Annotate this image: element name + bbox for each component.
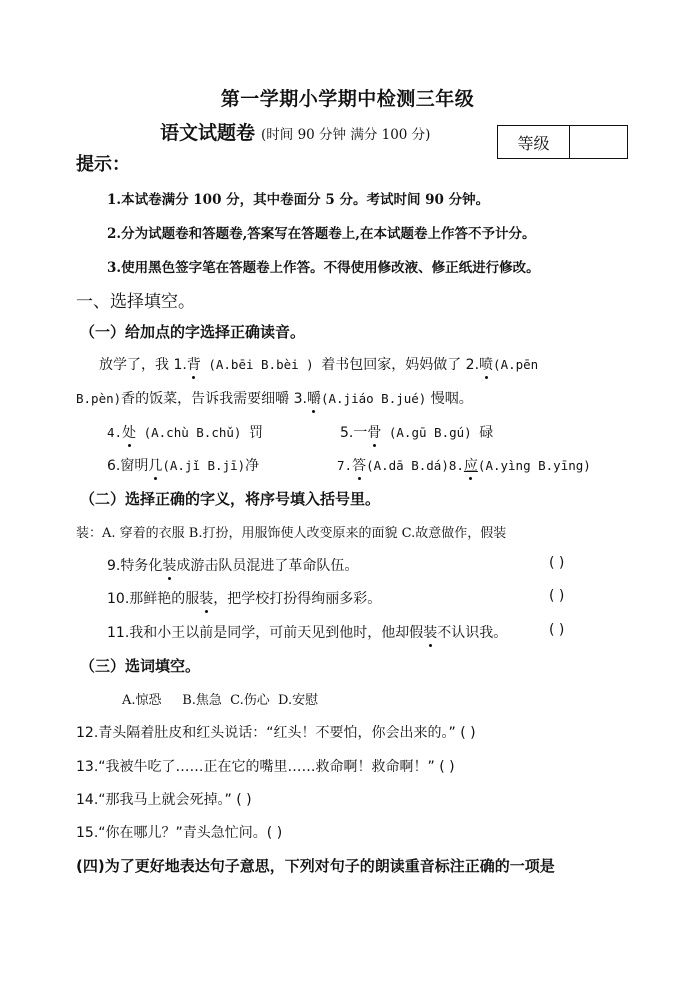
pinyin-line-1: 放学了，我 1.背 (A.bēi B.bèi ) 着书包回家，妈妈做了 2.喷(… xyxy=(99,354,538,374)
answer-blank[interactable]: ( ) xyxy=(549,622,564,638)
text: 慢咽。 xyxy=(426,391,472,407)
exam-title: 第一学期小学期中检测三年级 xyxy=(0,84,695,111)
answer-blank[interactable]: ( ) xyxy=(267,825,282,841)
answer-blank[interactable]: ( ) xyxy=(460,725,475,741)
text: 特务化 xyxy=(120,558,162,574)
hint-item: 2.分为试题卷和答题卷,答案写在答题卷上,在本试题卷上作答不予计分。 xyxy=(107,222,536,242)
text: 13.“我被牛吃了……正在它的嘴里……救命啊！救命啊！” xyxy=(76,759,435,775)
question-15: 15.“你在哪儿？”青头急忙问。( ) xyxy=(76,822,282,842)
dotted-char: 应 xyxy=(464,455,478,475)
text: 着书包回家，妈妈做了 2. xyxy=(321,357,479,373)
dotted-char: 嚼 xyxy=(307,388,321,408)
dotted-char: 骨 xyxy=(367,422,381,442)
question-number: 5.一 xyxy=(340,425,367,441)
hint-item: 3.使用黑色签字笔在答题卷上作答。不得使用修改液、修正纸进行修改。 xyxy=(107,256,540,276)
text: 15.“你在哪儿？”青头急忙问。 xyxy=(76,825,267,841)
text: 我和小王以前是同学，可前天见到他时，他却假 xyxy=(129,625,423,641)
pinyin-options: (A.jiáo B.jué) xyxy=(321,391,426,406)
question-number: 6.窗明 xyxy=(107,458,148,474)
question-9: 9.特务化装成游击队员混进了革命队伍。 xyxy=(107,555,358,575)
question-number: 11. xyxy=(107,625,129,641)
text: 那鲜艳的服 xyxy=(129,591,199,607)
grade-label: 等级 xyxy=(498,126,570,158)
dotted-char: 背 xyxy=(187,354,201,374)
pinyin-options: (A.pēn xyxy=(493,357,538,372)
dotted-char: 装 xyxy=(423,622,437,642)
text: ，把学校打扮得绚丽多彩。 xyxy=(213,591,381,607)
dotted-char: 喷 xyxy=(479,354,493,374)
question-number: 10. xyxy=(107,591,129,607)
question-14: 14.“那我马上就会死掉。” ( ) xyxy=(76,789,252,809)
part4-title: (四)为了更好地表达句子意思，下列对句子的朗读重音标注正确的一项是 xyxy=(76,855,555,876)
question-10: 10.那鲜艳的服装，把学校打扮得绚丽多彩。 xyxy=(107,588,381,608)
exam-subtitle: 语文试题卷(时间 90 分钟 满分 100 分) xyxy=(160,118,430,145)
definition-line: 装：A. 穿着的衣服 B.打扮，用服饰使人改变原来的面貌 C.故意做作，假装 xyxy=(76,522,506,541)
question-5: 5.一骨 (A.gū B.gú) 碌 xyxy=(340,422,493,442)
pinyin-line-2: B.pèn)香的饭菜，告诉我需要细嚼 3.嚼(A.jiáo B.jué) 慢咽。 xyxy=(76,388,473,408)
question-11: 11.我和小王以前是同学，可前天见到他时，他却假装不认识我。 xyxy=(107,622,507,642)
dotted-char: 处 xyxy=(122,422,136,442)
pinyin-options: (A.gū B.gú) xyxy=(381,425,479,440)
answer-blank[interactable]: ( ) xyxy=(549,588,564,604)
text: 14.“那我马上就会死掉。” xyxy=(76,792,232,808)
question-number: 9. xyxy=(107,558,120,574)
text: 不认识我。 xyxy=(437,625,507,641)
question-number: 7. xyxy=(337,458,352,473)
question-7-8: 7.答(A.dā B.dá)8.应(A.yìng B.yīng) xyxy=(337,455,591,475)
answer-blank[interactable]: ( ) xyxy=(549,555,564,571)
question-13: 13.“我被牛吃了……正在它的嘴里……救命啊！救命啊！” ( ) xyxy=(76,756,455,776)
pinyin-options: (A.chù B.chǔ) xyxy=(136,425,249,440)
dotted-char: 装 xyxy=(199,588,213,608)
option-c: C.伤心 xyxy=(230,693,270,708)
dotted-char: 几 xyxy=(148,455,162,475)
text: 香的饭菜，告诉我需要细嚼 3. xyxy=(121,391,307,407)
grade-box: 等级 xyxy=(497,125,628,159)
text: 碌 xyxy=(479,425,493,441)
question-12: 12.青头隔着肚皮和红头说话：“红头！不要怕，你会出来的。” ( ) xyxy=(76,722,476,742)
dotted-char: 答 xyxy=(352,455,366,475)
text: 12.青头隔着肚皮和红头说话：“红头！不要怕，你会出来的。” xyxy=(76,725,456,741)
section-title: 一、选择填空。 xyxy=(76,287,195,312)
option-b: B.焦急 xyxy=(182,693,222,708)
text: 罚 xyxy=(249,425,263,441)
time-score-note: (时间 90 分钟 满分 100 分) xyxy=(261,127,430,143)
question-number: 8. xyxy=(449,458,464,473)
word-options: A.惊恐 B.焦急 C.伤心 D.安慰 xyxy=(122,689,318,708)
hint-item: 1.本试卷满分 100 分，其中卷面分 5 分。考试时间 90 分钟。 xyxy=(107,188,489,208)
part1-title: （一）给加点的字选择正确读音。 xyxy=(80,321,305,342)
pinyin-options: (A.yìng B.yīng) xyxy=(478,458,591,473)
text: 成游击队员混进了革命队伍。 xyxy=(176,558,358,574)
option-d: D.安慰 xyxy=(278,693,318,708)
question-4: 4.处 (A.chù B.chǔ) 罚 xyxy=(107,422,263,442)
dotted-char: 装 xyxy=(162,555,176,575)
text: 净 xyxy=(245,458,259,474)
answer-blank[interactable]: ( ) xyxy=(439,759,454,775)
part3-title: （三）选词填空。 xyxy=(80,655,200,676)
part2-title: （二）选择正确的字义，将序号填入括号里。 xyxy=(80,488,380,509)
pinyin-options: B.pèn) xyxy=(76,391,121,406)
hints-title: 提示： xyxy=(76,150,130,176)
grade-value-cell xyxy=(570,126,627,158)
option-a: A.惊恐 xyxy=(122,693,162,708)
question-6: 6.窗明几(A.jǐ B.jī)净 xyxy=(107,455,259,475)
text: 放学了，我 1. xyxy=(99,357,187,373)
subject-title: 语文试题卷 xyxy=(160,122,255,144)
question-number: 4. xyxy=(107,425,122,440)
pinyin-options: (A.jǐ B.jī) xyxy=(162,458,245,473)
pinyin-options: (A.bēi B.bèi ) xyxy=(201,357,321,372)
answer-blank[interactable]: ( ) xyxy=(236,792,251,808)
pinyin-options: (A.dā B.dá) xyxy=(366,458,449,473)
